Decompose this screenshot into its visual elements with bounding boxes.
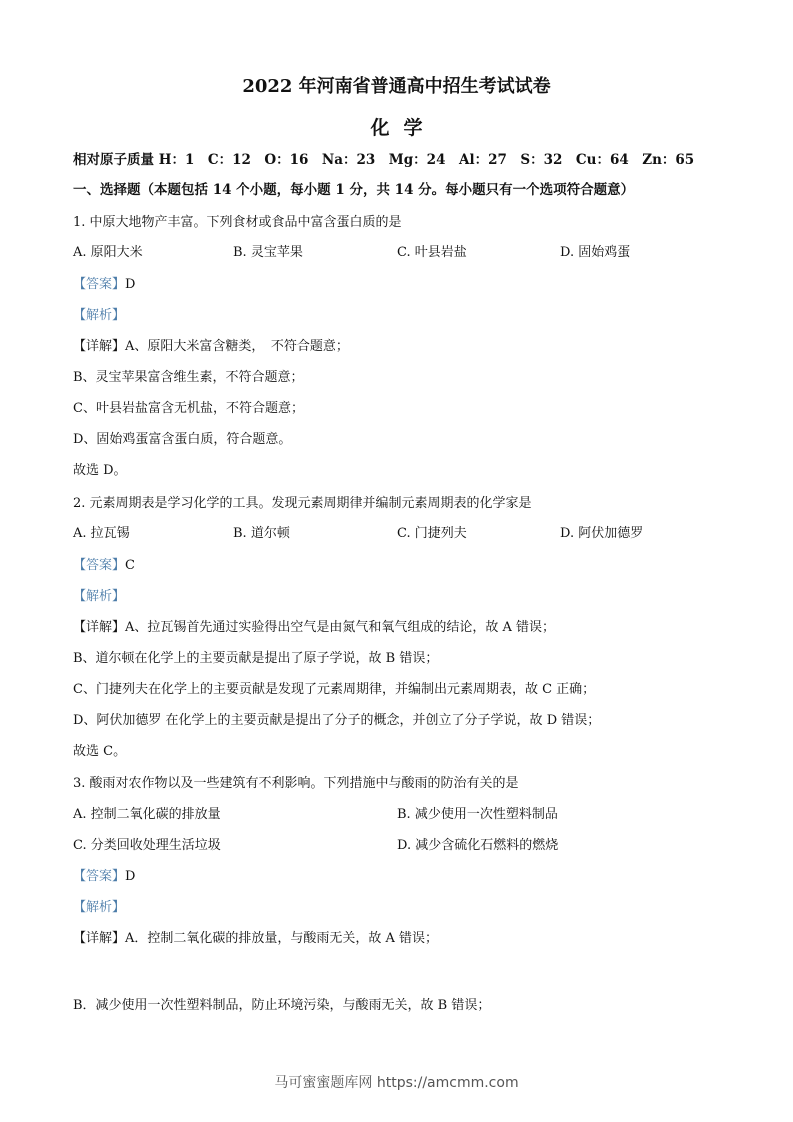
detail-text: A、原阳大米富含糖类， 不符合题意； <box>125 339 349 354</box>
question-1-stem: 1. 中原大地物产丰富。下列食材或食品中富含蛋白质的是 <box>73 215 402 231</box>
section-heading: 一、选择题（本题包括 14 个小题，每小题 1 分，共 14 分。每小题只有一个… <box>73 182 634 198</box>
question-3-stem: 3. 酸雨对农作物以及一些建筑有不利影响。下列措施中与酸雨的防治有关的是 <box>73 776 519 792</box>
question-2-analysis-label: 【解析】 <box>73 589 125 605</box>
exam-title: 2022 年河南省普通高中招生考试试卷 <box>0 72 793 98</box>
subject-title: 化学 <box>0 113 793 140</box>
answer-label: 【答案】 <box>73 277 125 292</box>
question-2-option-b: B. 道尔顿 <box>233 526 290 542</box>
question-2-option-d: D. 阿伏加德罗 <box>560 526 643 542</box>
question-1-conclusion: 故选 D。 <box>73 463 127 479</box>
question-2-detail-a: 【详解】A、拉瓦锡首先通过实验得出空气是由氮气和氧气组成的结论，故 A 错误； <box>73 620 555 636</box>
question-3-option-d: D. 减少含硫化石燃料的燃烧 <box>397 838 558 854</box>
detail-label: 【详解】 <box>73 620 125 635</box>
question-3-analysis-label: 【解析】 <box>73 900 125 916</box>
question-1-detail-a: 【详解】A、原阳大米富含糖类， 不符合题意； <box>73 339 349 355</box>
question-2-detail-b: B、道尔顿在化学上的主要贡献是提出了原子学说，故 B 错误； <box>73 651 438 667</box>
question-2-conclusion: 故选 C。 <box>73 744 126 760</box>
question-1-option-c: C. 叶县岩盐 <box>397 245 467 261</box>
question-1-option-b: B. 灵宝苹果 <box>233 245 303 261</box>
question-1-analysis-label: 【解析】 <box>73 308 125 324</box>
question-2-detail-d: D、阿伏加德罗 在化学上的主要贡献是提出了分子的概念，并创立了分子学说，故 D … <box>73 713 600 729</box>
question-2-answer: 【答案】C <box>73 558 135 574</box>
question-1-detail-d: D、固始鸡蛋富含蛋白质，符合题意。 <box>73 432 291 448</box>
exam-page: 2022 年河南省普通高中招生考试试卷 化学 相对原子质量 H：1 C：12 O… <box>0 0 793 1122</box>
question-3-option-a: A. 控制二氧化碳的排放量 <box>73 807 221 823</box>
question-1-option-a: A. 原阳大米 <box>73 245 143 261</box>
detail-text: A．控制二氧化碳的排放量，与酸雨无关，故 A 错误； <box>125 931 438 946</box>
detail-label: 【详解】 <box>73 931 125 946</box>
question-1-detail-c: C、叶县岩盐富含无机盐，不符合题意； <box>73 401 304 417</box>
question-3-option-c: C. 分类回收处理生活垃圾 <box>73 838 221 854</box>
question-1-option-d: D. 固始鸡蛋 <box>560 245 630 261</box>
question-1-detail-b: B、灵宝苹果富含维生素，不符合题意； <box>73 370 304 386</box>
question-3-answer: 【答案】D <box>73 869 135 885</box>
detail-text: A、拉瓦锡首先通过实验得出空气是由氮气和氧气组成的结论，故 A 错误； <box>125 620 555 635</box>
answer-value: D <box>125 277 135 292</box>
question-1-answer: 【答案】D <box>73 277 135 293</box>
answer-label: 【答案】 <box>73 869 125 884</box>
answer-value: C <box>125 558 135 573</box>
detail-label: 【详解】 <box>73 339 125 354</box>
answer-label: 【答案】 <box>73 558 125 573</box>
question-2-option-a: A. 拉瓦锡 <box>73 526 130 542</box>
answer-value: D <box>125 869 135 884</box>
question-2-stem: 2. 元素周期表是学习化学的工具。发现元素周期律并编制元素周期表的化学家是 <box>73 496 532 512</box>
atomic-masses: 相对原子质量 H：1 C：12 O：16 Na：23 Mg：24 Al：27 S… <box>73 152 694 168</box>
question-3-option-b: B. 减少使用一次性塑料制品 <box>397 807 558 823</box>
site-watermark-footer: 马可蜜蜜题库网 https://amcmm.com <box>0 1072 793 1092</box>
question-2-detail-c: C、门捷列夫在化学上的主要贡献是发现了元素周期律，并编制出元素周期表，故 C 正… <box>73 682 595 698</box>
question-2-option-c: C. 门捷列夫 <box>397 526 467 542</box>
question-3-detail-a: 【详解】A．控制二氧化碳的排放量，与酸雨无关，故 A 错误； <box>73 931 438 947</box>
question-3-detail-b: B．减少使用一次性塑料制品，防止环境污染，与酸雨无关，故 B 错误； <box>73 998 490 1014</box>
